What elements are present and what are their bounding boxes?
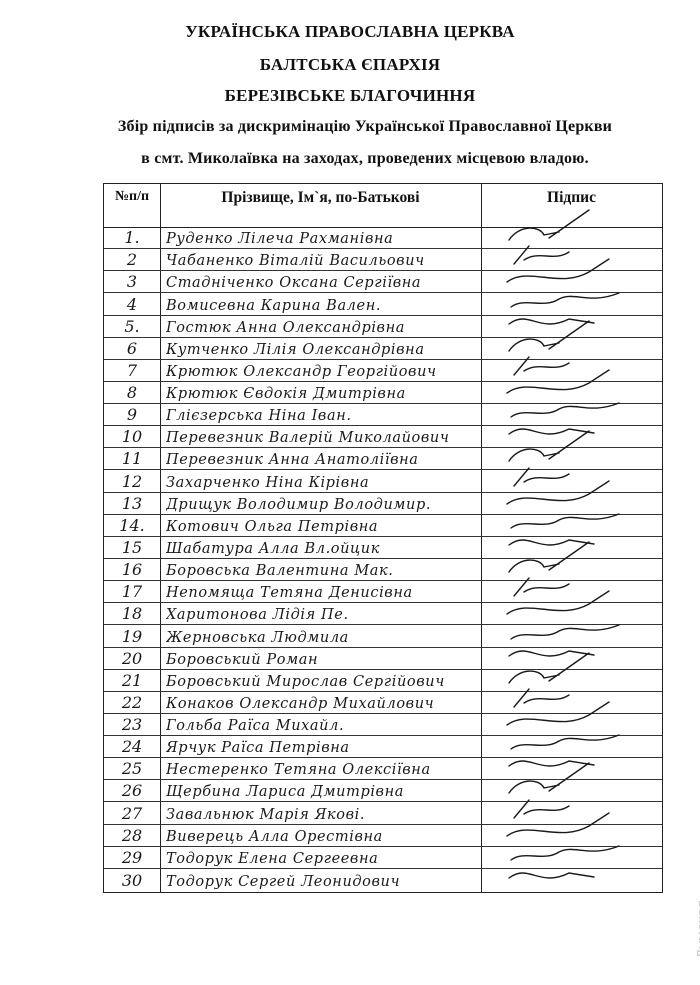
signer-name: Глієзерська Ніна Іван. — [166, 408, 478, 424]
signer-name: Щербина Лариса Дмитрівна — [166, 784, 478, 800]
watermark: Думская — [694, 900, 700, 959]
row-number: 6 — [104, 339, 160, 358]
signer-name: Тодорук Елена Сергеевна — [166, 851, 478, 867]
signer-name: Чабаненко Віталій Васильович — [166, 253, 478, 269]
handwritten-signature — [499, 863, 649, 889]
signer-name: Боровська Валентина Мак. — [166, 563, 478, 579]
signer-name: Непомяща Тетяна Денисівна — [166, 585, 478, 601]
row-number: 29 — [104, 848, 160, 867]
row-number: 19 — [104, 627, 160, 646]
handwritten-signature — [499, 840, 649, 866]
signer-name: Перевезник Валерій Миколайович — [166, 430, 478, 446]
row-number: 20 — [104, 649, 160, 668]
signer-name: Крютюк Олександр Георгійович — [166, 364, 478, 380]
row-number: 23 — [104, 715, 160, 734]
signer-name: Жерновська Людмила — [166, 630, 478, 646]
row-number: 5. — [104, 317, 160, 336]
signer-name: Котович Ольга Петрівна — [166, 519, 478, 535]
heading-eparchy: БАЛТСЬКА ЄПАРХІЯ — [0, 55, 700, 75]
table-row: 30Тодорук Сергей Леонидович — [104, 869, 662, 891]
row-number: 7 — [104, 361, 160, 380]
signer-name: Нестеренко Тетяна Олексіївна — [166, 762, 478, 778]
signer-name: Вомисевна Карина Вален. — [166, 298, 478, 314]
row-number: 24 — [104, 737, 160, 756]
row-number: 18 — [104, 604, 160, 623]
header-signature: Підпис — [481, 189, 662, 207]
signer-name: Перевезник Анна Анатоліївна — [166, 452, 478, 468]
table-body: 1.Руденко Лілеча Рахманівна2Чабаненко Ві… — [104, 227, 662, 892]
row-number: 14. — [104, 516, 160, 535]
row-number: 3 — [104, 272, 160, 291]
row-number: 12 — [104, 472, 160, 491]
row-number: 13 — [104, 494, 160, 513]
row-number: 11 — [104, 449, 160, 468]
signer-name: Тодорук Сергей Леонидович — [166, 874, 478, 890]
signer-name: Боровський Роман — [166, 652, 478, 668]
row-number: 21 — [104, 671, 160, 690]
row-number: 4 — [104, 295, 160, 314]
row-number: 17 — [104, 582, 160, 601]
signer-name: Конаков Олександр Михайлович — [166, 696, 478, 712]
signature-table: №п/п Прізвище, Ім`я, по-Батькові Підпис … — [103, 183, 663, 893]
signer-name: Кутченко Лілія Олександрівна — [166, 342, 478, 358]
signer-name: Руденко Лілеча Рахманівна — [166, 231, 478, 247]
signer-name: Гостюк Анна Олександрівна — [166, 320, 478, 336]
row-number: 9 — [104, 405, 160, 424]
signer-name: Дрищук Володимир Володимир. — [166, 497, 478, 513]
signer-name: Крютюк Євдокія Дмитрівна — [166, 386, 478, 402]
row-number: 15 — [104, 538, 160, 557]
row-number: 2 — [104, 250, 160, 269]
heading-deanery: БЕРЕЗІВСЬКЕ БЛАГОЧИННЯ — [0, 86, 700, 106]
header-number: №п/п — [104, 189, 160, 205]
signer-name: Харитонова Лідія Пе. — [166, 607, 478, 623]
row-number: 30 — [104, 871, 160, 890]
subtitle-line-1: Збір підписів за дискримінацію Українськ… — [30, 118, 700, 136]
subtitle-line-2: в смт. Миколаївка на заходах, проведених… — [30, 150, 700, 168]
signer-name: Завальнюк Марія Якові. — [166, 807, 478, 823]
signer-name: Виверець Алла Орестівна — [166, 829, 478, 845]
signer-name: Гольба Раїса Михайл. — [166, 718, 478, 734]
row-number: 28 — [104, 826, 160, 845]
row-number: 22 — [104, 693, 160, 712]
row-number: 27 — [104, 804, 160, 823]
row-number: 1. — [104, 228, 160, 247]
row-number: 26 — [104, 781, 160, 800]
row-number: 10 — [104, 427, 160, 446]
signer-name: Ярчук Раїса Петрівна — [166, 740, 478, 756]
signer-name: Шабатура Алла Вл.ойцик — [166, 541, 478, 557]
signer-name: Боровський Мирослав Сергійович — [166, 674, 478, 690]
signer-name: Захарченко Ніна Кірівна — [166, 475, 478, 491]
signer-name: Стадніченко Оксана Сергіївна — [166, 275, 478, 291]
row-number: 8 — [104, 383, 160, 402]
row-number: 25 — [104, 759, 160, 778]
heading-church: УКРАЇНСЬКА ПРАВОСЛАВНА ЦЕРКВА — [0, 22, 700, 42]
header-full-name: Прізвище, Ім`я, по-Батькові — [160, 189, 481, 207]
row-number: 16 — [104, 560, 160, 579]
